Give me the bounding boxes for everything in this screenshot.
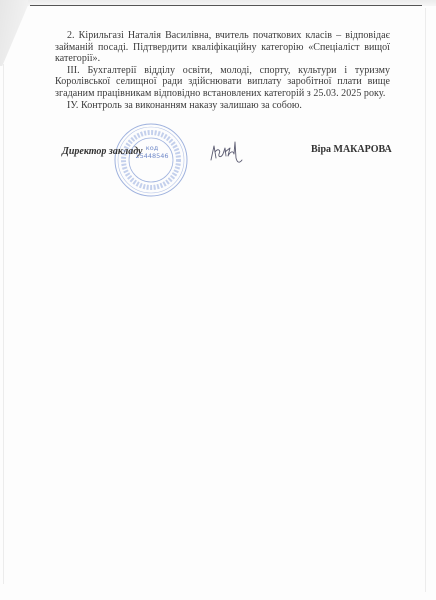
paragraph-accounting: ІІІ. Бухгалтерії відділу освіти, молоді,… xyxy=(55,65,390,100)
page-right-edge xyxy=(425,8,426,592)
director-label: Директор закладу xyxy=(62,146,142,157)
paragraph-control: ІУ. Контроль за виконанням наказу залиша… xyxy=(55,100,390,112)
signature-icon xyxy=(208,138,244,168)
page-top-edge xyxy=(30,5,422,6)
handwritten-signature xyxy=(208,138,244,168)
signer-name: Віра МАКАРОВА xyxy=(311,144,392,155)
page-left-edge xyxy=(3,64,4,584)
folded-corner xyxy=(0,0,28,66)
paragraph-item-2: 2. Кірильгазі Наталія Василівна, вчитель… xyxy=(55,30,390,65)
order-text: 2. Кірильгазі Наталія Василівна, вчитель… xyxy=(55,30,390,111)
